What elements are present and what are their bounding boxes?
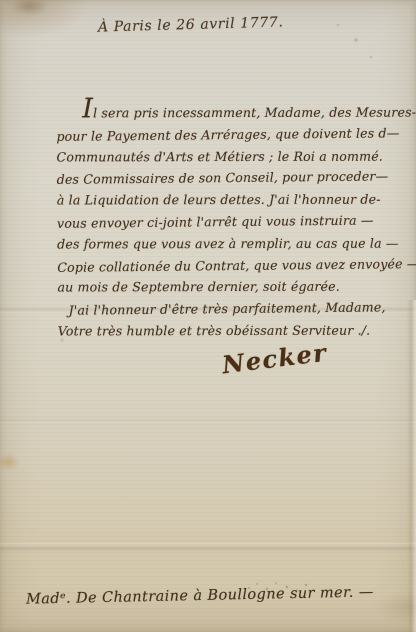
letter-body: Il sera pris incessamment, Madame, des M… [56,101,410,343]
dateline: À Paris le 26 avril 1777. [98,14,284,35]
body-line-closing: Votre très humble et très obéissant Serv… [58,320,410,343]
fold-crease-lower [0,543,416,552]
manuscript-letter-page: À Paris le 26 avril 1777. Il sera pris i… [0,0,416,632]
body-line: des Commissaires de son Conseil, pour pr… [57,166,409,191]
body-line-closing: J'ai l'honneur d'être très parfaitement,… [58,296,410,321]
paper-edge-highlight [407,300,416,632]
fold-crease-middle [0,417,416,423]
body-line: Il sera pris incessamment, Madame, des M… [56,102,408,125]
recipient-address-line: Madᵉ. De Chantraine à Boullogne sur mer.… [26,584,374,607]
body-line: pour le Payement des Arrérages, que doiv… [56,122,408,147]
body-line: à la Liquidation de leurs dettes. J'ai l… [57,189,409,212]
body-line: des formes que vous avez à remplir, au c… [57,232,409,255]
body-line: Communautés d'Arts et Métiers ; le Roi a… [57,145,409,168]
body-line: vous envoyer ci-joint l'arrêt qui vous i… [57,209,409,234]
signature-necker: Necker [221,338,329,380]
body-line: Copie collationée du Contrat, que vous a… [57,253,409,278]
body-line: au mois de Septembre dernier, soit égaré… [57,276,409,299]
